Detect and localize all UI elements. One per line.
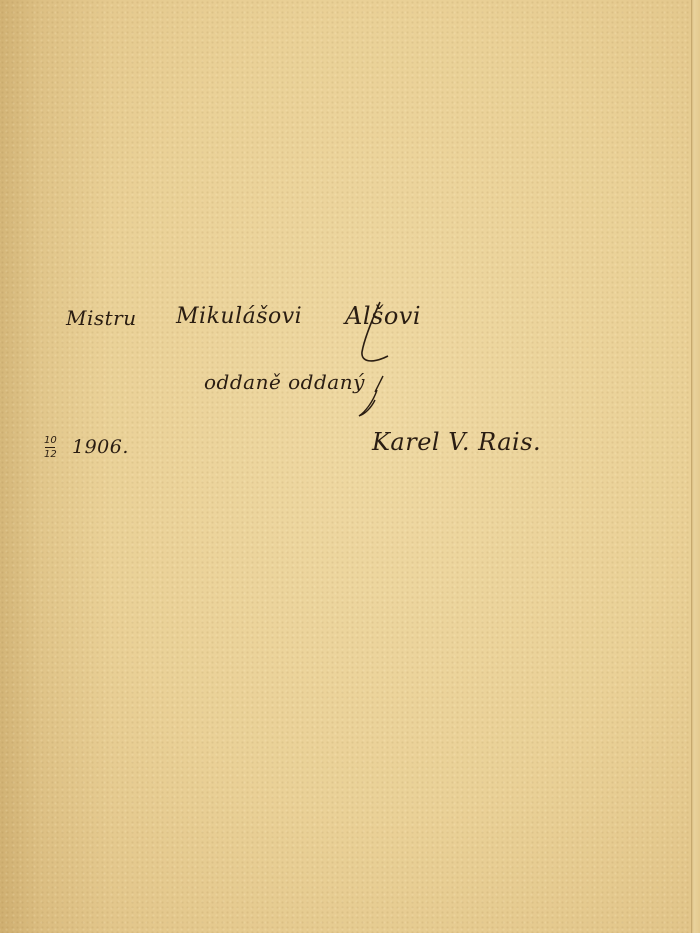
date-day: 10: [44, 435, 57, 446]
paper-texture: [0, 0, 700, 933]
date-month: 12: [44, 449, 57, 460]
date-day-month: 10 12: [44, 435, 57, 460]
signature: Karel V. Rais.: [372, 428, 541, 456]
scanned-page: Mistru Mikulášovi Alšovi oddaně oddaný 1…: [0, 0, 700, 933]
page-edge: [691, 0, 700, 933]
date-year: 1906.: [72, 436, 129, 458]
inscription-word-alsovi: Alšovi: [345, 302, 421, 330]
inscription-line-devoted: oddaně oddaný: [204, 370, 365, 394]
fraction-bar: [45, 447, 55, 448]
inscription-word-mikulasovi: Mikulášovi: [176, 304, 302, 329]
inscription-word-mistru: Mistru: [66, 306, 137, 330]
